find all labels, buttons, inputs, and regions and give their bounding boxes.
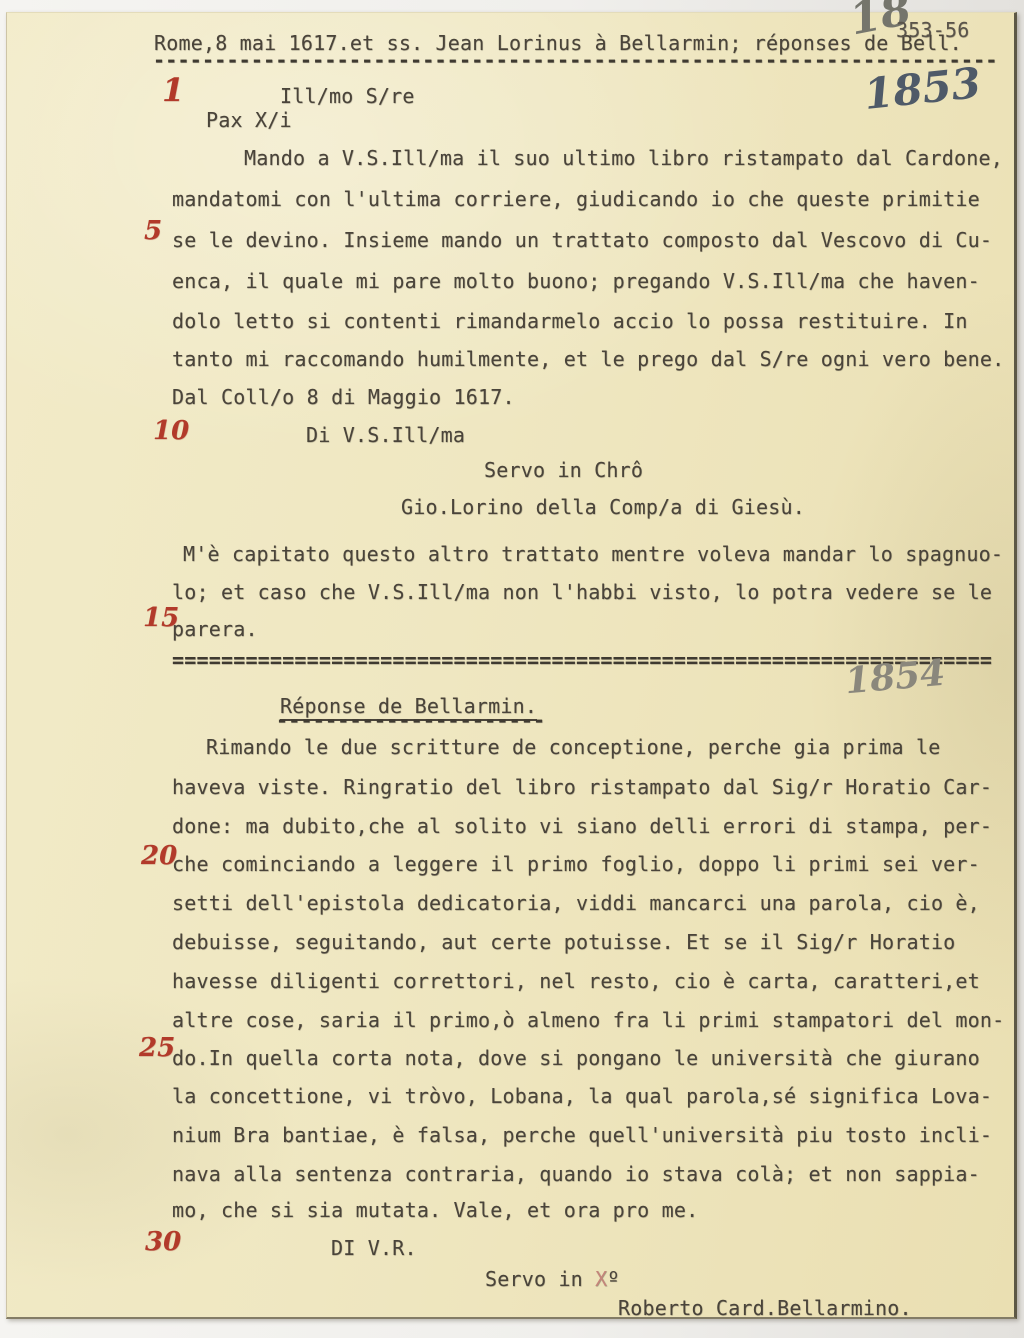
postscript-line: lo; et caso che V.S.Ill/ma non l'habbi v… bbox=[172, 580, 992, 604]
response-signature: Roberto Card.Bellarmino. bbox=[618, 1296, 912, 1320]
margin-line-number-10: 10 bbox=[153, 418, 189, 444]
letter-body-line: mandatomi con l'ultima corriere, giudica… bbox=[172, 187, 980, 211]
response-heading-rule: ---------------------- bbox=[276, 708, 545, 732]
salutation-line-2: Pax X/i bbox=[206, 108, 292, 132]
letter-dateline: Dal Coll/o 8 di Maggio 1617. bbox=[172, 385, 515, 409]
folio-number-1854: 1854 bbox=[844, 654, 947, 701]
margin-line-number-1: 1 bbox=[162, 77, 184, 103]
response-closing-2: Servo in Xº bbox=[485, 1267, 620, 1291]
postscript-line: M'è capitato questo altro trattato mentr… bbox=[183, 542, 1003, 566]
response-body-line: debuisse, seguitando, aut certe potuisse… bbox=[172, 930, 955, 954]
response-body-line: setti dell'epistola dedicatoria, viddi m… bbox=[172, 891, 980, 915]
response-closing-1: DI V.R. bbox=[331, 1236, 417, 1260]
response-body-line: nium Bra bantiae, è falsa, perche quell'… bbox=[172, 1123, 992, 1147]
letter-signature: Gio.Lorino della Comp/a di Giesù. bbox=[401, 495, 805, 519]
letter-body-line: enca, il quale mi pare molto buono; preg… bbox=[172, 269, 980, 293]
margin-line-number-25: 25 bbox=[139, 1035, 175, 1061]
response-body-line: la concettione, vi tròvo, Lobana, la qua… bbox=[172, 1084, 992, 1108]
letter-closing-2: Servo in Chrô bbox=[484, 458, 643, 482]
response-body-line: Rimando le due scritture de conceptione,… bbox=[206, 735, 940, 759]
folio-number-1853: 1853 bbox=[862, 64, 982, 114]
archive-number-typed: 353-56 bbox=[896, 18, 969, 42]
salutation-line-1: Ill/mo S/re bbox=[280, 84, 415, 108]
letter-body-line: Mando a V.S.Ill/ma il suo ultimo libro r… bbox=[244, 146, 1003, 170]
response-body-line: altre cose, saria il primo,ò almeno fra … bbox=[172, 1008, 1004, 1032]
response-body-line: do.In quella corta nota, dove si pongano… bbox=[172, 1046, 980, 1070]
response-body-line: nava alla sentenza contraria, quando io … bbox=[172, 1162, 980, 1186]
response-body-line: haveva viste. Ringratio del libro ristam… bbox=[172, 775, 992, 799]
letter-body-line: se le devino. Insieme mando un trattato … bbox=[172, 228, 992, 252]
document-scan: Rome,8 mai 1617.et ss. Jean Lorinus à Be… bbox=[0, 0, 1024, 1338]
chi-rho-abbreviation: X bbox=[595, 1267, 607, 1291]
response-body-line: done: ma dubito,che al solito vi siano d… bbox=[172, 814, 992, 838]
margin-line-number-30: 30 bbox=[145, 1229, 181, 1255]
letter-body-line: dolo letto si contenti rimandarmelo acci… bbox=[172, 309, 968, 333]
closing2-degree: º bbox=[607, 1267, 619, 1291]
margin-line-number-5: 5 bbox=[144, 218, 162, 244]
letter-body-line: tanto mi raccomando humilmente, et le pr… bbox=[172, 347, 1004, 371]
closing2-prefix: Servo in bbox=[485, 1267, 595, 1291]
response-body-line: mo, che si sia mutata. Vale, et ora pro … bbox=[172, 1198, 698, 1222]
postscript-line: parera. bbox=[172, 617, 258, 641]
letter-closing-1: Di V.S.Ill/ma bbox=[306, 423, 465, 447]
response-body-line: che cominciando a leggere il primo fogli… bbox=[172, 852, 980, 876]
response-body-line: havesse diligenti correttori, nel resto,… bbox=[172, 969, 980, 993]
